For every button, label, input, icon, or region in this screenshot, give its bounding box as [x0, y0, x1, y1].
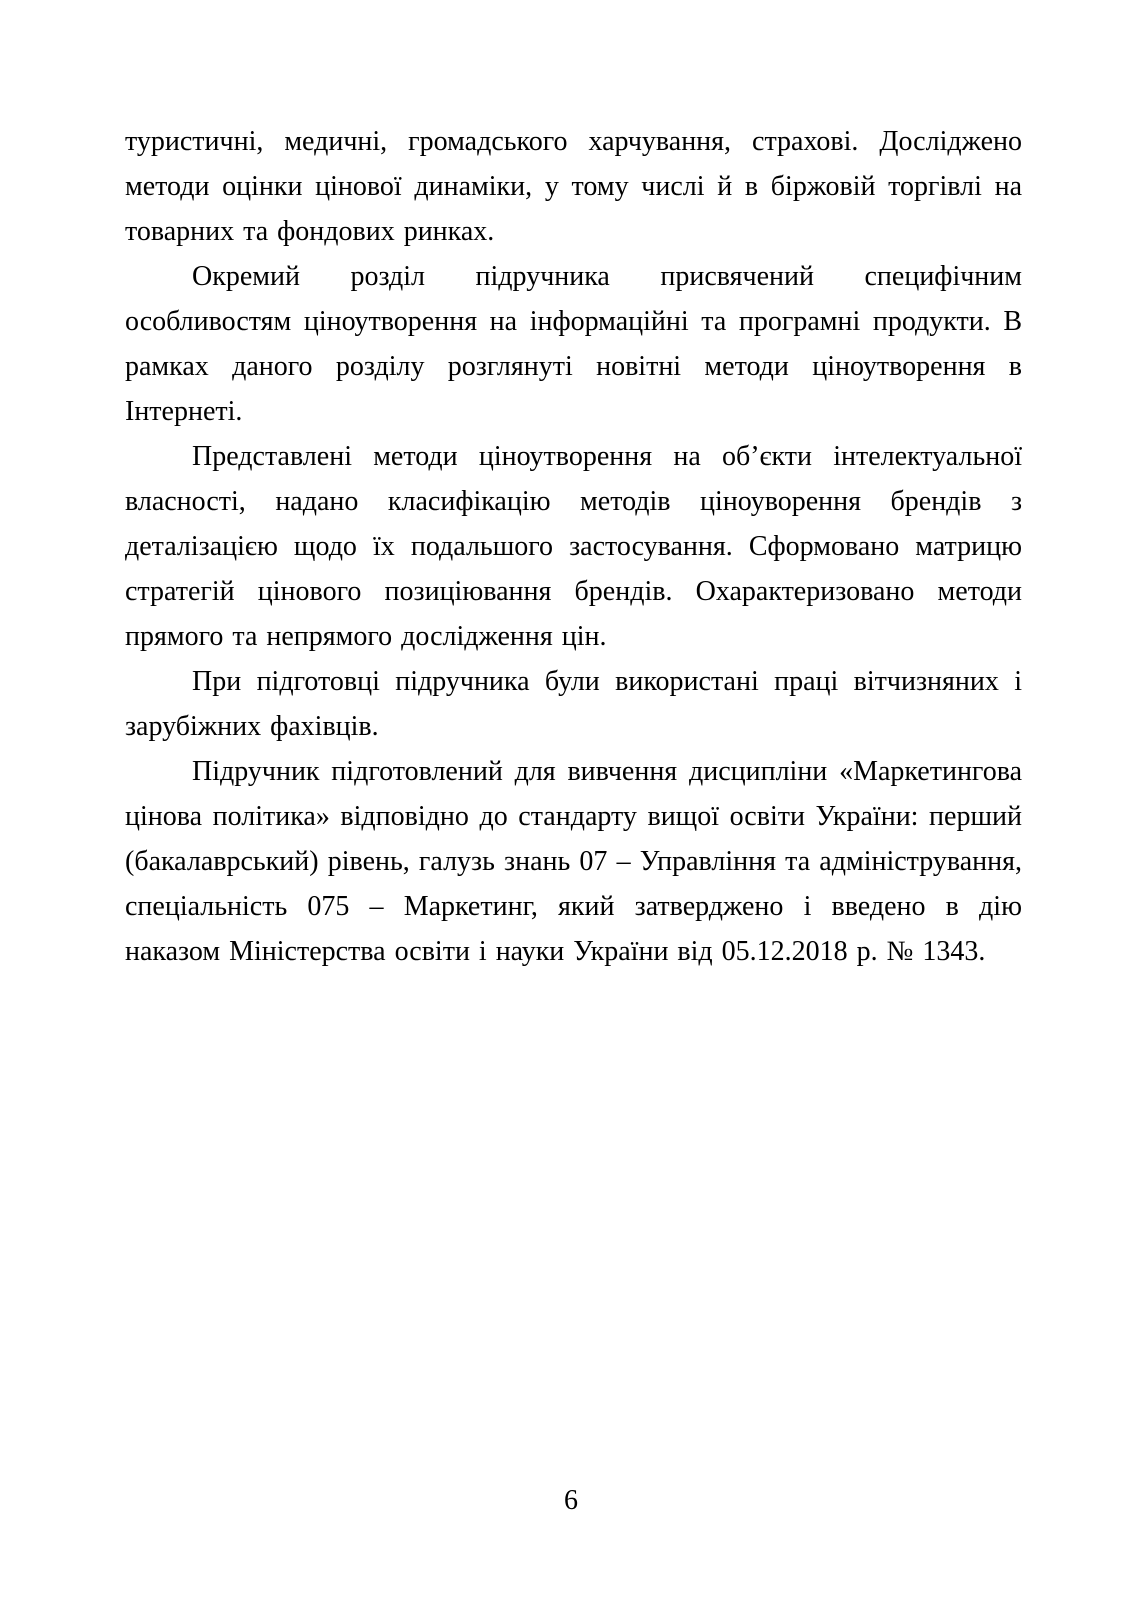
paragraph-continuation: туристичні, медичні, громадського харчув…	[125, 119, 1022, 254]
document-page: туристичні, медичні, громадського харчув…	[0, 0, 1142, 1615]
body-text: туристичні, медичні, громадського харчув…	[125, 119, 1022, 974]
page-number: 6	[0, 1483, 1142, 1519]
paragraph: Окремий розділ підручника присвячений сп…	[125, 254, 1022, 434]
paragraph: При підготовці підручника були використа…	[125, 659, 1022, 749]
paragraph: Представлені методи ціноутворення на об’…	[125, 434, 1022, 659]
paragraph: Підручник підготовлений для вивчення дис…	[125, 749, 1022, 974]
